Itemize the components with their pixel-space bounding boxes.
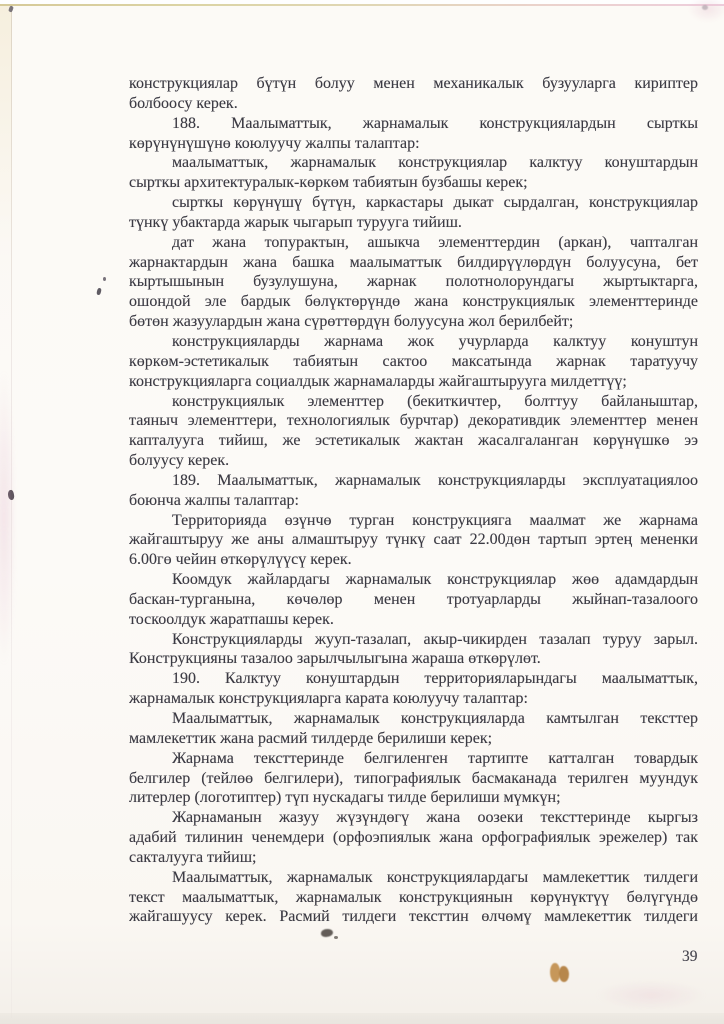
text-line: сырткы көрүнүшү бүтүн, каркастары дыкат … [129, 193, 698, 213]
text-line: көрүнүнүшүнө коюлуучу жалпы талаптар: [129, 134, 698, 154]
text-line: конструкцияларга социалдык жарнамаларды … [129, 372, 698, 392]
text-line: текст маалыматтык, жарнамалык конструкци… [129, 888, 698, 908]
paper-top-edge [0, 4, 724, 6]
text-line: Коомдук жайлардагы жарнамалык конструкци… [129, 570, 698, 590]
paper-left-edge-line [11, 6, 12, 1018]
ink-speck [103, 277, 106, 281]
text-line: дат жана топурактын, ашыкча элементтерди… [129, 233, 698, 253]
text-line: жарнамалык конструкцияларга карата коюлу… [129, 689, 698, 709]
text-line: конструкциялык элементтер (бекиткичтер, … [129, 392, 698, 412]
text-line: адабий тилинин ченемдери (орфоэпиялык жа… [129, 828, 698, 848]
text-line: Маалыматтык, жарнамалык конструкцияларда… [129, 709, 698, 729]
text-line: жарнактардын жана башка маалыматтык билд… [129, 253, 698, 273]
text-line: сырткы архитектуралык-көркөм табиятын бу… [129, 173, 698, 193]
brown-stain-lobe-left [550, 963, 560, 982]
paper-left-edge-shade [0, 6, 11, 426]
text-line: түнкү убактарда жарык чыгарып турууга ти… [129, 213, 698, 233]
text-line: сакталууга тийиш; [129, 848, 698, 868]
text-line: Территорияда өзүнчө турган конструкцияга… [129, 511, 698, 531]
scanned-page: конструкциялар бүтүн болуу менен механик… [0, 0, 724, 1024]
text-line: баскан-турганына, көчөлөр менен тротуарл… [129, 590, 698, 610]
text-column: конструкциялар бүтүн болуу менен механик… [129, 74, 698, 927]
text-line: литерлер (логотиптер) түп нускадагы тилд… [129, 788, 698, 808]
text-line: Конструкцияны тазалоо зарылчылыгына жара… [129, 649, 698, 669]
text-line: кыртышынын бузулушуна, жарнак полотнолор… [129, 272, 698, 292]
text-line: ошондой эле бардык бөлүктөрүндө жана кон… [129, 292, 698, 312]
text-line: конструкцияларды жарнама жок учурларда к… [129, 332, 698, 352]
text-line: Маалыматтык, жарнамалык конструкцияларда… [129, 868, 698, 888]
pink-smudge-bottom-right [596, 980, 706, 1010]
ink-blot-dot [334, 936, 338, 939]
text-line: боюнча жалпы талаптар: [129, 491, 698, 511]
text-line: 188. Маалыматтык, жарнамалык конструкция… [129, 114, 698, 134]
text-line: таяныч элементтери, технологиялык бурчта… [129, 411, 698, 431]
text-line: капталууга тийиш, же эстетикалык жактан … [129, 431, 698, 451]
ink-speck [96, 288, 102, 296]
text-line: конструкциялар бүтүн болуу менен механик… [129, 74, 698, 94]
text-line: белгилер (тейлөө белгилери), типографиял… [129, 769, 698, 789]
paper-bottom-edge [0, 1013, 724, 1024]
text-line: 6.00гө чейин өткөрүлүүсү керек. [129, 550, 698, 570]
text-line: Конструкцияларды жууп-тазалап, акыр-чики… [129, 630, 698, 650]
text-line: Жарнаманын жазуу жүзүндөгү жана оозеки т… [129, 808, 698, 828]
ink-blot [321, 929, 333, 937]
text-line: тоскоолдук жаратпашы керек. [129, 610, 698, 630]
text-line: болбоосу керек. [129, 94, 698, 114]
text-line: маалыматтык, жарнамалык конструкциялар к… [129, 153, 698, 173]
page-number: 39 [682, 948, 698, 966]
text-line: 190. Калктуу конуштардын территорияларын… [129, 669, 698, 689]
text-line: жайгаштыруу же аны алмаштыруу түнкү саат… [129, 530, 698, 550]
text-line: жайгашуусу керек. Расмий тилдеги текстти… [129, 907, 698, 927]
brown-stain-lobe-right [559, 966, 569, 982]
text-line: 189. Маалыматтык, жарнамалык конструкция… [129, 471, 698, 491]
text-line: мамлекеттик жана расмий тилдерде берилиш… [129, 729, 698, 749]
text-line: Жарнама тексттеринде белгиленген тартипт… [129, 749, 698, 769]
text-line: болуусу керек. [129, 451, 698, 471]
text-line: көркөм-эстетикалык табиятын сактоо макса… [129, 352, 698, 372]
text-line: бөтөн жазуулардын жана сүрөттөрдүн болуу… [129, 312, 698, 332]
